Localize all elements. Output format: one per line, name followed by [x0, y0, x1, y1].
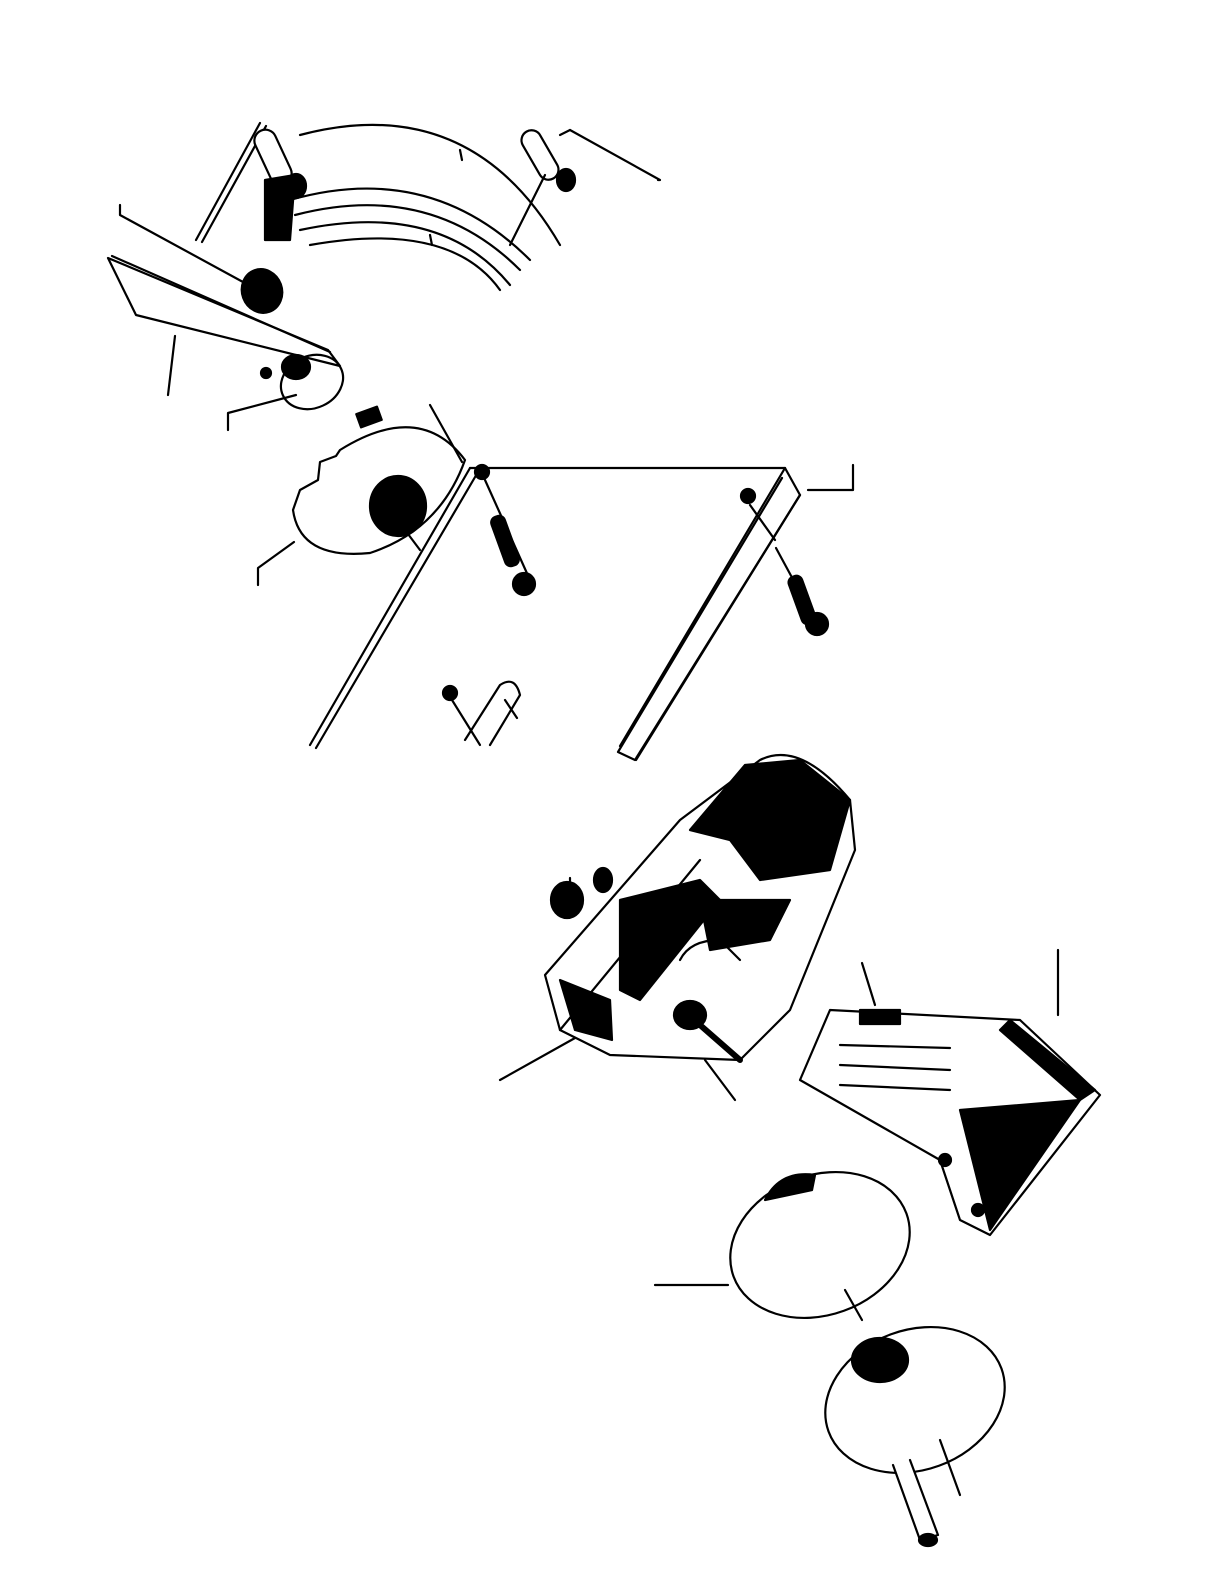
arc-guide	[196, 123, 660, 290]
gear-assembly	[500, 755, 855, 1100]
screw-upper	[475, 465, 535, 595]
disc-lower-1	[655, 1148, 930, 1342]
exploded-view-diagram	[0, 0, 1224, 1584]
notched-disc-upper	[258, 405, 465, 585]
disc-lower-2	[805, 1303, 1026, 1546]
screw-right	[776, 548, 828, 635]
u-pin	[443, 682, 520, 745]
